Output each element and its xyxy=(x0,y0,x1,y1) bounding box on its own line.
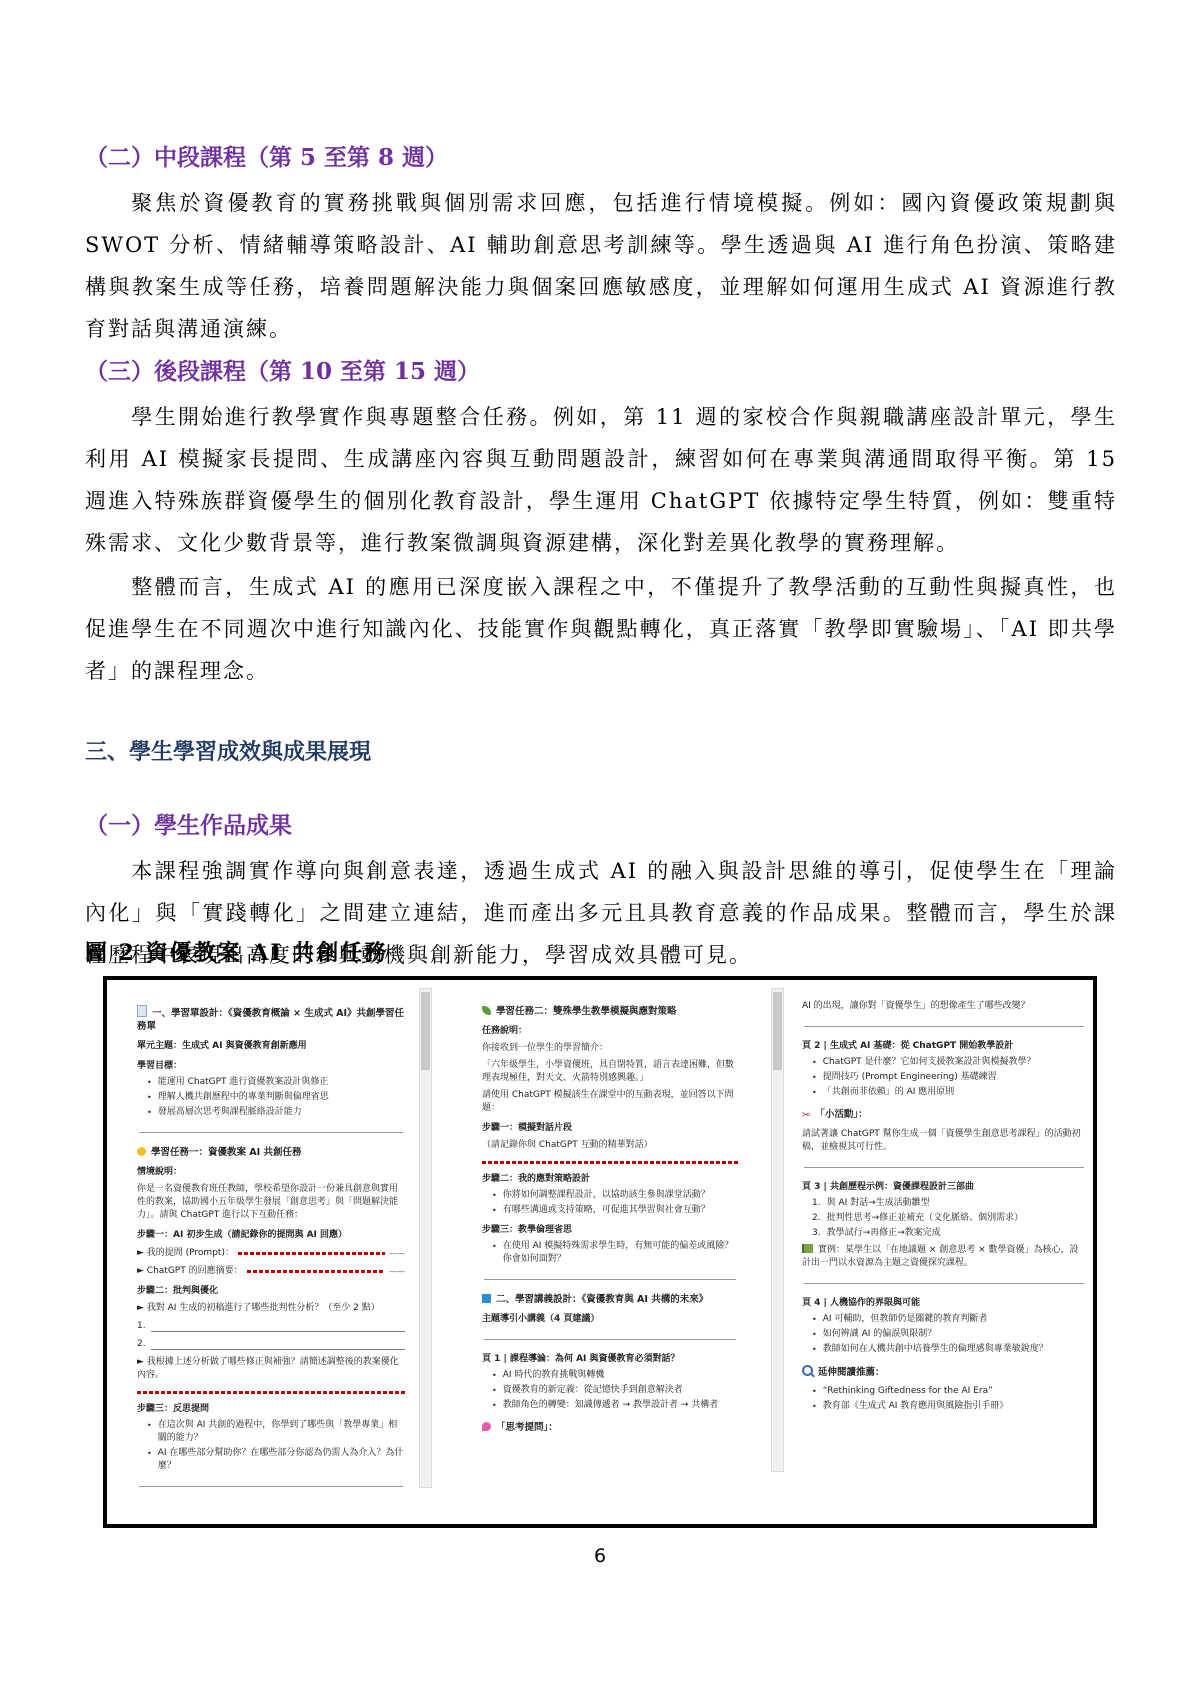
figure-heading: 延伸閱讀推薦： xyxy=(802,1365,1086,1379)
figure-text: ► 我根據上述分析做了哪些修正與補強？請簡述調整後的教案優化內容。 xyxy=(137,1356,405,1382)
list-marker: • xyxy=(812,1071,817,1084)
figure-list-item: •在使用 AI 模擬特殊需求學生時，有無可能的偏差或風險？你會如何面對？ xyxy=(492,1240,738,1266)
list-marker: 3. xyxy=(812,1227,821,1240)
figure-numbered-blank: 2. xyxy=(137,1338,405,1351)
figure-label: 情境說明： xyxy=(137,1166,405,1179)
list-marker: • xyxy=(147,1091,152,1104)
figure-column-handout: AI 的出現，讓你對「資優學生」的想像產生了哪些改變？頁 2 | 生成式 AI … xyxy=(802,996,1086,1416)
figure-fill-in-blank: ► ChatGPT 的回應摘要：—— xyxy=(137,1265,405,1278)
red-squiggle-line xyxy=(247,1270,385,1273)
figure-text: ► 我對 AI 生成的初稿進行了哪些批判性分析？（至少 2 點） xyxy=(137,1302,405,1315)
paragraph-overall: 整體而言，生成式 AI 的應用已深度嵌入課程之中，不僅提升了教學活動的互動性與擬… xyxy=(85,566,1117,692)
figure-list-item: •資優教育的新定義：從記憶快手到創意解決者 xyxy=(492,1384,738,1397)
figure-list-item: •發展高層次思考與課程脈絡設計能力 xyxy=(147,1106,405,1119)
book-icon xyxy=(802,1244,813,1253)
page-number: 6 xyxy=(0,1545,1200,1567)
list-marker: • xyxy=(147,1106,152,1119)
figure-text: 實例：某學生以「在地議題 × 創意思考 × 數學資優」為核心，設計出一門以水資源… xyxy=(802,1244,1086,1270)
list-marker: • xyxy=(147,1076,152,1089)
figure-list: •AI 時代的教育挑戰與轉機•資優教育的新定義：從記憶快手到創意解決者•教師角色… xyxy=(482,1369,738,1412)
figure-heading: 一、學習單設計：《資優教育概論 × 生成式 AI》共創學習任務單 xyxy=(137,1005,405,1033)
figure-heading: ✂「小活動」： xyxy=(802,1108,1086,1122)
fill-tail: —— xyxy=(389,1265,405,1278)
figure-label: 頁 3 | 共創歷程示例：資優課程設計三部曲 xyxy=(802,1181,1086,1194)
figure-list-item: 1.與 AI 對話→生成活動雛型 xyxy=(812,1197,1086,1210)
red-squiggle-line xyxy=(482,1161,738,1164)
scrollbar-thumb xyxy=(421,992,430,1070)
list-marker: • xyxy=(492,1204,497,1217)
figure-divider xyxy=(804,1283,1084,1284)
figure-list-item: 2.批判性思考→修正並補充（文化脈絡、個別需求） xyxy=(812,1212,1086,1225)
figure-text: AI 的出現，讓你對「資優學生」的想像產生了哪些改變？ xyxy=(802,1000,1086,1013)
figure-heading: 學習任務一：資優教案 AI 共創任務 xyxy=(137,1146,405,1159)
figure-list: •ChatGPT 是什麼？它如何支援教案設計與模擬教學？•提問技巧 (Promp… xyxy=(802,1056,1086,1099)
figure-list-item: •提問技巧 (Prompt Engineering) 基礎練習 xyxy=(812,1071,1086,1084)
figure-column-worksheet: 一、學習單設計：《資優教育概論 × 生成式 AI》共創學習任務單單元主題：生成式… xyxy=(137,996,405,1500)
figure-label: 主題導引小講義（4 頁建議） xyxy=(482,1313,738,1326)
figure-list-item: •AI 時代的教育挑戰與轉機 xyxy=(492,1369,738,1382)
red-squiggle-line xyxy=(137,1391,405,1394)
figure-text: 「六年級學生，小學資優班，具自閉特質，語言表達困難，但數理表現極佳，對天文、火箭… xyxy=(482,1059,738,1085)
figure-label: 單元主題：生成式 AI 與資優教育創新應用 xyxy=(137,1040,405,1053)
heading-mid-course: （二）中段課程（第 5 至第 8 週） xyxy=(85,138,1117,178)
underline-blank xyxy=(151,1322,405,1332)
figure-list-item: •AI 在哪些部分幫助你？在哪些部分你認為仍需人為介入？為什麼？ xyxy=(147,1447,405,1473)
fill-tail: —— xyxy=(389,1247,405,1260)
red-squiggle-line xyxy=(238,1252,385,1255)
figure-text: 請使用 ChatGPT 模擬該生在課堂中的互動表現，並回答以下問題： xyxy=(482,1089,738,1115)
figure-caption: 圖 2 資優教案 AI 共創任務 xyxy=(85,936,388,967)
heading-learning-results: 三、學生學習成效與成果展現 xyxy=(85,732,1117,772)
figure-list-item: •「共創而非依賴」的 AI 應用原則 xyxy=(812,1086,1086,1099)
figure-label: 頁 2 | 生成式 AI 基礎：從 ChatGPT 開始教學設計 xyxy=(802,1040,1086,1053)
fill-label: ► 我的提問 (Prompt)： xyxy=(137,1247,234,1260)
list-marker: • xyxy=(812,1343,817,1356)
list-marker: • xyxy=(812,1400,817,1413)
figure-list-item: •教師如何在人機共創中培養學生的倫理感與專業敏銳度？ xyxy=(812,1343,1086,1356)
scrollbar xyxy=(771,988,784,1472)
list-marker: • xyxy=(492,1399,497,1412)
figure-list: 1.與 AI 對話→生成活動雛型2.批判性思考→修正並補充（文化脈絡、個別需求）… xyxy=(802,1197,1086,1240)
figure-text: 你是一名資優教育班任教師，學校希望你設計一份兼具創意與實用性的教案，協助國小五年… xyxy=(137,1183,405,1222)
figure-divider xyxy=(804,1026,1084,1027)
figure-list: •能運用 ChatGPT 進行資優教案設計與修正•理解人機共創歷程中的專業判斷與… xyxy=(137,1076,405,1119)
figure-list: •你將如何調整課程設計，以協助該生參與課堂活動？•有哪些溝通或支持策略，可促進其… xyxy=(482,1189,738,1217)
figure-divider xyxy=(804,1167,1084,1168)
figure-list-item: •ChatGPT 是什麼？它如何支援教案設計與模擬教學？ xyxy=(812,1056,1086,1069)
figure-label: 任務說明： xyxy=(482,1025,738,1038)
figure-fill-in-blank: ► 我的提問 (Prompt)：—— xyxy=(137,1247,405,1260)
blank-label: 2. xyxy=(137,1338,146,1351)
list-marker: • xyxy=(812,1056,817,1069)
yellow-dot-icon xyxy=(137,1147,146,1156)
figure-label: 步驟二：批判與優化 xyxy=(137,1285,405,1298)
figure-numbered-blank: 1. xyxy=(137,1320,405,1333)
figure-list: •在這次與 AI 共創的過程中，你學到了哪些與「教學專業」相關的能力？•AI 在… xyxy=(137,1419,405,1473)
figure-list-item: •能運用 ChatGPT 進行資優教案設計與修正 xyxy=(147,1076,405,1089)
list-marker: • xyxy=(147,1447,152,1473)
figure-label: 步驟三：教學倫理省思 xyxy=(482,1224,738,1237)
figure-label: 步驟三：反思提問 xyxy=(137,1403,405,1416)
figure-list-item: •“Rethinking Giftedness for the AI Era” xyxy=(812,1385,1086,1398)
figure-heading: 「思考提問」： xyxy=(482,1421,738,1434)
list-marker: • xyxy=(812,1328,817,1341)
figure-text: 你接收到一位學生的學習簡介： xyxy=(482,1042,738,1055)
list-marker: • xyxy=(812,1313,817,1326)
blue-square-icon xyxy=(482,1294,491,1303)
document-page: （二）中段課程（第 5 至第 8 週） 聚焦於資優教育的實務挑戰與個別需求回應，… xyxy=(0,0,1200,1697)
figure-list-item: •教育部《生成式 AI 教育應用與風險指引手冊》 xyxy=(812,1400,1086,1413)
document-icon xyxy=(137,1005,147,1017)
figure-list-item: •在這次與 AI 共創的過程中，你學到了哪些與「教學專業」相關的能力？ xyxy=(147,1419,405,1445)
heading-late-course: （三）後段課程（第 10 至第 15 週） xyxy=(85,352,1117,392)
list-marker: 2. xyxy=(812,1212,821,1225)
flower-icon xyxy=(482,1422,491,1431)
magnifier-icon xyxy=(802,1365,813,1376)
figure-label: 頁 1 | 課程導論：為何 AI 與資優教育必須對話？ xyxy=(482,1353,738,1366)
figure-list-item: •有哪些溝通或支持策略，可促進其學習與社會互動？ xyxy=(492,1204,738,1217)
list-marker: • xyxy=(147,1419,152,1445)
figure-list-item: •AI 可輔助，但教師仍是關鍵的教育判斷者 xyxy=(812,1313,1086,1326)
figure-list-item: •教師角色的轉變：知識傳遞者 → 教學設計者 → 共構者 xyxy=(492,1399,738,1412)
list-marker: • xyxy=(492,1369,497,1382)
paragraph-late-course: 學生開始進行教學實作與專題整合任務。例如，第 11 週的家校合作與親職講座設計單… xyxy=(85,396,1117,564)
figure-column-task2: 學習任務二：雙殊學生教學模擬與應對策略任務說明：你接收到一位學生的學習簡介：「六… xyxy=(482,996,738,1440)
figure-heading: 二、學習講義設計：《資優教育與 AI 共構的未來》 xyxy=(482,1293,738,1306)
figure-box: 一、學習單設計：《資優教育概論 × 生成式 AI》共創學習任務單單元主題：生成式… xyxy=(103,976,1097,1528)
blank-label: 1. xyxy=(137,1320,146,1333)
figure-list-item: 3.教學試行→再修正→教案完成 xyxy=(812,1227,1086,1240)
list-marker: • xyxy=(812,1086,817,1099)
figure-divider xyxy=(484,1279,736,1280)
figure-label: 步驟一：模擬對話片段 xyxy=(482,1122,738,1135)
figure-text: 請試著讓 ChatGPT 幫你生成一個「資優學生創意思考課程」的活動初稿，並檢視… xyxy=(802,1128,1086,1154)
body-text: （二）中段課程（第 5 至第 8 週） 聚焦於資優教育的實務挑戰與個別需求回應，… xyxy=(85,136,1117,978)
figure-divider xyxy=(139,1486,403,1487)
figure-text: （請記錄你與 ChatGPT 互動的精華對話） xyxy=(482,1139,738,1152)
underline-blank xyxy=(151,1340,405,1350)
figure-list-item: •如何辨識 AI 的偏誤與限制？ xyxy=(812,1328,1086,1341)
figure-label: 步驟一：AI 初步生成（請記錄你的提問與 AI 回應） xyxy=(137,1229,405,1242)
paragraph-mid-course: 聚焦於資優教育的實務挑戰與個別需求回應，包括進行情境模擬。例如：國內資優政策規劃… xyxy=(85,182,1117,350)
list-marker: 1. xyxy=(812,1197,821,1210)
figure-list: •在使用 AI 模擬特殊需求學生時，有無可能的偏差或風險？你會如何面對？ xyxy=(482,1240,738,1266)
figure-list-item: •理解人機共創歷程中的專業判斷與倫理省思 xyxy=(147,1091,405,1104)
scrollbar-thumb xyxy=(773,992,782,1070)
list-marker: • xyxy=(492,1189,497,1202)
figure-heading: 學習任務二：雙殊學生教學模擬與應對策略 xyxy=(482,1005,738,1018)
list-marker: • xyxy=(492,1240,497,1266)
figure-label: 步驟二：我的應對策略設計 xyxy=(482,1173,738,1186)
figure-label: 頁 4 | 人機協作的界限與可能 xyxy=(802,1297,1086,1310)
heading-student-works: （一）學生作品成果 xyxy=(85,806,1117,846)
scissors-icon: ✂ xyxy=(802,1109,810,1122)
sprout-icon xyxy=(482,1006,491,1015)
list-marker: • xyxy=(812,1385,817,1398)
figure-divider xyxy=(139,1132,403,1133)
figure-list: •“Rethinking Giftedness for the AI Era”•… xyxy=(802,1385,1086,1413)
list-marker: • xyxy=(492,1384,497,1397)
figure-list: •AI 可輔助，但教師仍是關鍵的教育判斷者•如何辨識 AI 的偏誤與限制？•教師… xyxy=(802,1313,1086,1356)
fill-label: ► ChatGPT 的回應摘要： xyxy=(137,1265,243,1278)
figure-label: 學習目標： xyxy=(137,1060,405,1073)
figure-divider xyxy=(484,1339,736,1340)
figure-list-item: •你將如何調整課程設計，以協助該生參與課堂活動？ xyxy=(492,1189,738,1202)
scrollbar xyxy=(419,988,432,1488)
